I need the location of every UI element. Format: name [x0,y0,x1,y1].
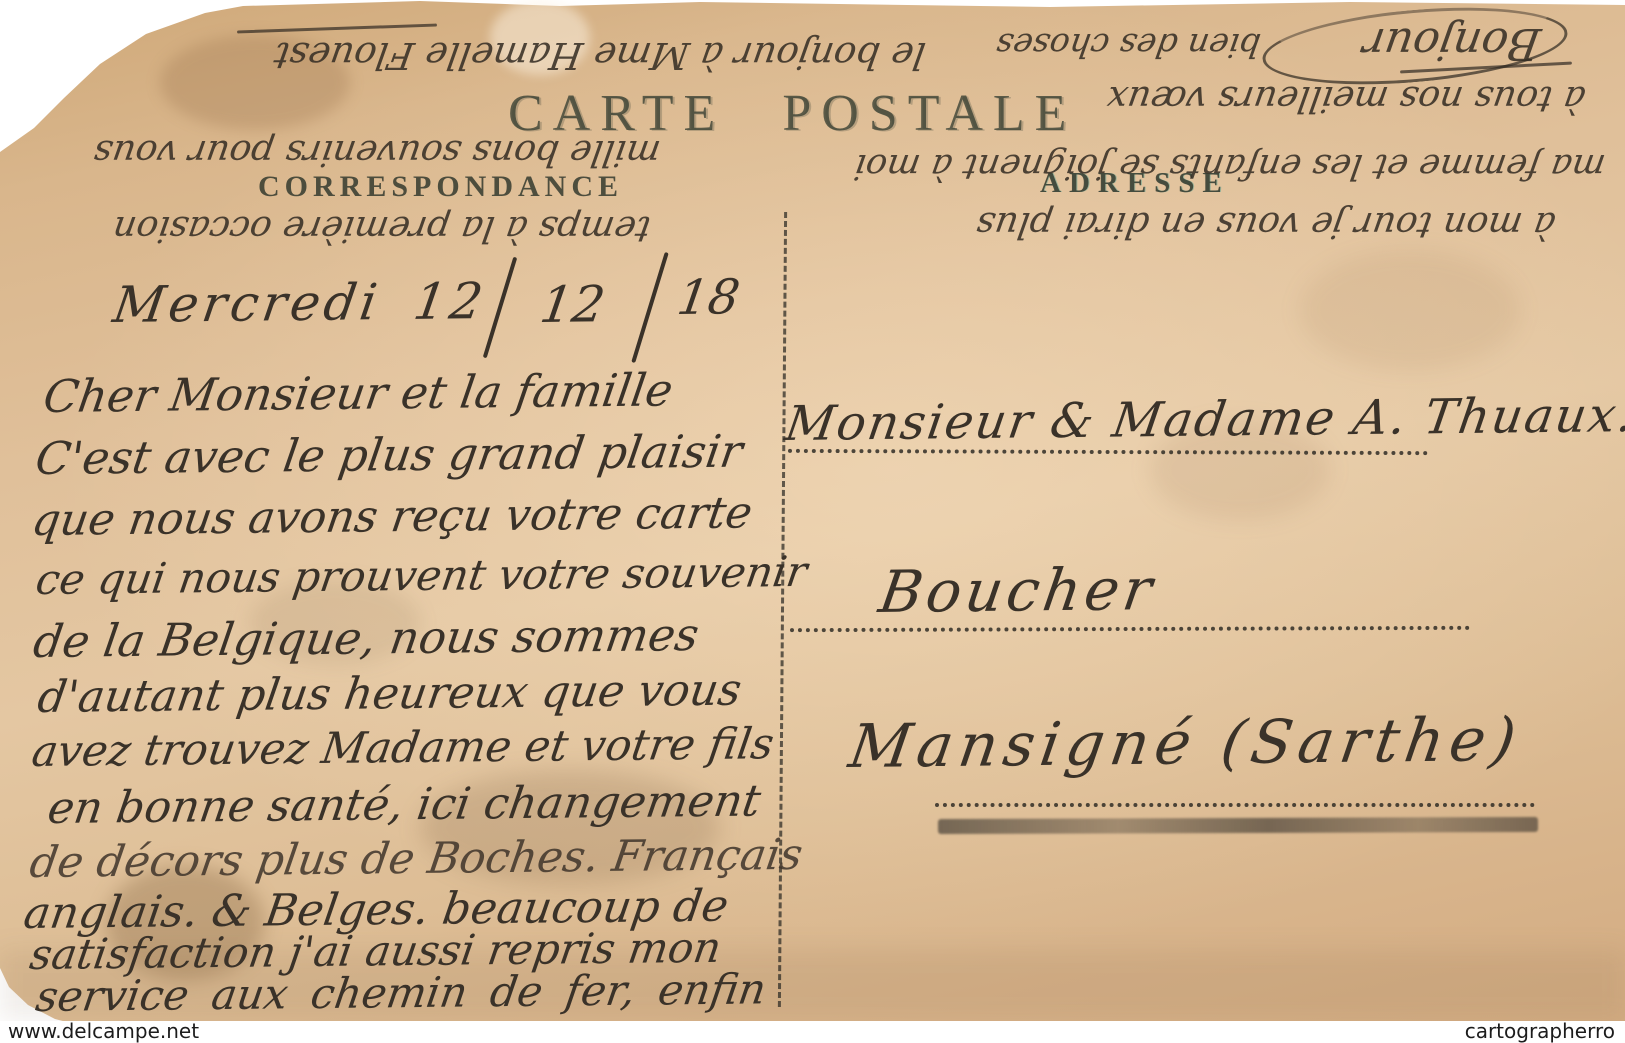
flipped-note: à mon tour je vous en dirai plus [827,204,1558,245]
message-line: ce qui nous prouvent votre souvenir [33,547,811,604]
flipped-note: bien des choses [982,26,1263,65]
date-day: Mercredi 12 [109,272,490,334]
date-month: 12 [536,275,608,334]
watermark-bar: www.delcampe.net cartographerro [0,1021,1625,1043]
message-line: de décors plus de Boches. Français [27,830,806,888]
flipped-note: temps à la première occasion [27,208,653,249]
flipped-note: mille bons souvenirs pour vous [57,132,663,173]
address-name: Monsieur & Madame A. Thuaux. [782,387,1625,452]
postcard-scan: CARTE POSTALE CORRESPONDANCE ADRESSE le … [0,0,1625,1043]
address-city: Mansigné (Sarthe) [845,705,1527,782]
flipped-note: ma femme et les enfants se joignent à mo… [637,146,1608,186]
message-line: service aux chemin de fer, enfin [33,964,770,1021]
message-line: de la Belgique, nous sommes [30,608,702,668]
message-line: d'autant plus heureux que vous [34,665,744,723]
ink-smudge-bar [938,817,1538,834]
address-dotted-line-3 [935,803,1535,807]
message-line: avez trouvez Madame et votre fils [29,719,778,777]
flipped-note: à tous nos meilleurs vœux [882,78,1588,119]
message-line: Cher Monsieur et la famille [40,363,676,423]
correspondance-label: CORRESPONDANCE [258,170,623,204]
message-line: en bonne santé, ici changement [44,776,764,834]
address-occupation: Boucher [875,555,1160,626]
message-line: C'est avec le plus grand plaisir [32,425,746,485]
date-line: Mercredi 12 [109,272,490,334]
flipped-note: le bonjour à Mme Hamelle Flouest [232,34,929,77]
watermark-delcampe: www.delcampe.net [8,1019,199,1043]
message-line: que nous avons reçu votre carte [28,487,755,546]
date-year: 18 [674,269,743,326]
watermark-cartographerro: cartographerro [1465,1019,1615,1043]
